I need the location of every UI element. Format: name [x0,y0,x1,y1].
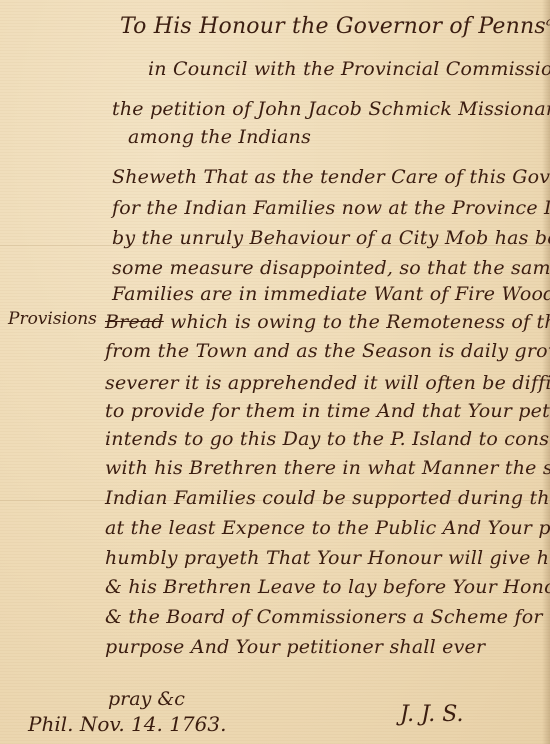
body-line: Families are in immediate Want of Fire W… [112,283,550,305]
body-line: to provide for them in time And that You… [105,400,550,422]
address-line-3: the petition of John Jacob Schmick Missi… [112,98,550,120]
body-line: severer it is apprehended it will often … [105,372,550,394]
petition-page: To His Honour the Governor of Pennsᵃ &c.… [0,0,550,744]
address-line-1: To His Honour the Governor of Pennsᵃ &c. [120,14,550,39]
body-line: & his Brethren Leave to lay before Your … [105,576,550,598]
body-line: humbly prayeth That Your Honour will giv… [105,547,550,569]
address-line-4: among the Indians [128,126,311,148]
body-line: Bread which is owing to the Remoteness o… [105,311,550,333]
signature-initials: J. J. S. [400,702,463,727]
struck-word: Bread [105,311,164,333]
body-line: at the least Expence to the Public And Y… [105,517,550,539]
closing-phrase: pray &c [108,688,185,710]
body-line: purpose And Your petitioner shall ever [105,636,485,658]
body-line-text: which is owing to the Remoteness of that… [170,311,550,333]
body-line: Sheweth That as the tender Care of this … [112,166,550,188]
body-line: intends to go this Day to the P. Island … [105,428,550,450]
margin-note: Provisions [8,309,97,329]
body-line: Indian Families could be supported durin… [105,487,550,509]
address-line-2: in Council with the Provincial Commissio… [148,58,550,80]
body-line: with his Brethren there in what Manner t… [105,457,550,479]
body-line: by the unruly Behaviour of a City Mob ha… [112,227,550,249]
body-line: for the Indian Families now at the Provi… [112,197,550,219]
body-line: from the Town and as the Season is daily… [105,340,550,362]
date-line: Phil. Nov. 14. 1763. [28,712,226,736]
body-line: & the Board of Commissioners a Scheme fo… [105,606,550,628]
body-line: some measure disappointed, so that the s… [112,257,550,279]
